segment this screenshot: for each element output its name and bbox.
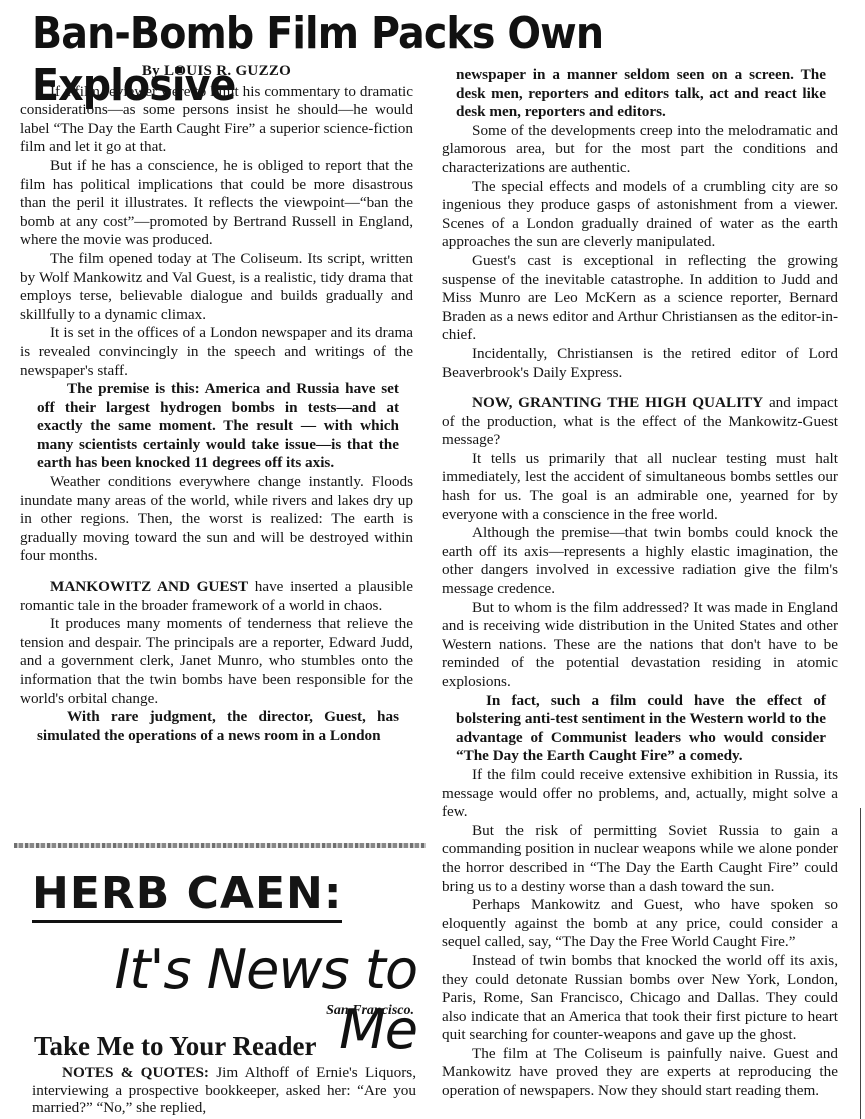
paragraph: But if he has a conscience, he is oblige… xyxy=(20,157,413,250)
section-paragraph: MANKOWITZ AND GUEST have inserted a plau… xyxy=(20,578,413,615)
paragraph: But the risk of permitting Soviet Russia… xyxy=(442,822,838,896)
column-body: NOTES & QUOTES: Jim Althoff of Ernie's L… xyxy=(32,1064,416,1117)
paragraph: Weather conditions everywhere change ins… xyxy=(20,473,413,566)
section-lead: MANKOWITZ AND GUEST xyxy=(50,578,248,595)
article-right-column: newspaper in a manner seldom seen on a s… xyxy=(442,66,838,1101)
bold-inset-paragraph: With rare judgment, the director, Guest,… xyxy=(37,708,399,745)
dateline: San Francisco. xyxy=(260,1003,414,1019)
paragraph: The special effects and models of a crum… xyxy=(442,178,838,252)
paragraph: Incidentally, Christiansen is the retire… xyxy=(442,345,838,382)
paragraph: NOTES & QUOTES: Jim Althoff of Ernie's L… xyxy=(32,1064,416,1117)
paragraph: It is set in the offices of a London new… xyxy=(20,324,413,380)
paragraph: The film at The Coliseum is painfully na… xyxy=(442,1045,838,1101)
section-lead: NOTES & QUOTES: xyxy=(62,1064,209,1081)
paragraph: Guest's cast is exceptional in reflectin… xyxy=(442,252,838,345)
article-left-column: By LOUIS R. GUZZO If a film reviewer wer… xyxy=(20,62,413,745)
bold-inset-paragraph: In fact, such a film could have the effe… xyxy=(456,692,826,766)
paragraph: Although the premise—that twin bombs cou… xyxy=(442,524,838,598)
paragraph: The film opened today at The Coliseum. I… xyxy=(20,250,413,324)
paragraph: If a film reviewer were to limit his com… xyxy=(20,83,413,157)
section-divider xyxy=(14,843,426,848)
paragraph: It produces many moments of tenderness t… xyxy=(20,615,413,708)
paragraph: But to whom is the film addressed? It wa… xyxy=(442,599,838,692)
section-paragraph: NOW, GRANTING THE HIGH QUALITY and impac… xyxy=(442,394,838,450)
bold-inset-continuation: newspaper in a manner seldom seen on a s… xyxy=(456,66,826,122)
byline: By LOUIS R. GUZZO xyxy=(20,62,413,81)
column-rule xyxy=(860,808,861,1119)
paragraph: Some of the developments creep into the … xyxy=(442,122,838,178)
paragraph: If the film could receive extensive exhi… xyxy=(442,766,838,822)
paragraph: It tells us primarily that all nuclear t… xyxy=(442,450,838,524)
paragraph: Perhaps Mankowitz and Guest, who have sp… xyxy=(442,896,838,952)
bold-inset-paragraph: The premise is this: America and Russia … xyxy=(37,380,399,473)
section-lead: NOW, GRANTING THE HIGH QUALITY xyxy=(472,394,763,411)
paragraph: Instead of twin bombs that knocked the w… xyxy=(442,952,838,1045)
column-subhead: Take Me to Your Reader xyxy=(34,1030,316,1062)
column-author-heading: HERB CAEN: xyxy=(32,870,342,923)
